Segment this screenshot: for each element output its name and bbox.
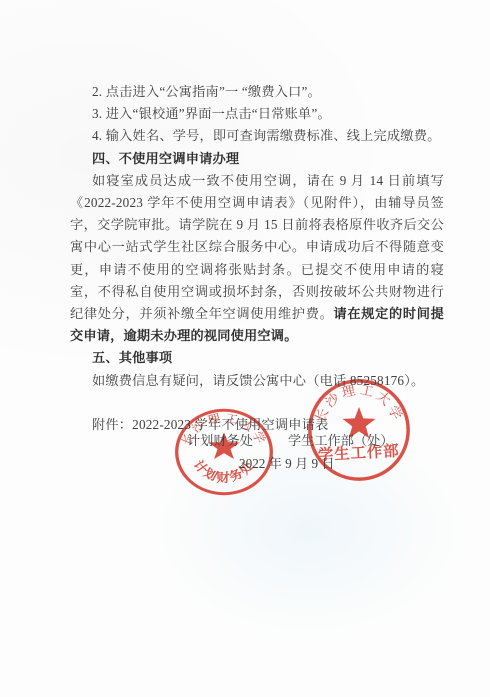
step-item-2: 2. 点击进入“公寓指南”一 “缴费入口”。 [70,81,444,103]
section-five-paragraph: 如缴费信息有疑问，请反馈公寓中心（电话 85258176）。 [70,370,444,392]
step-item-4: 4. 输入姓名、学号，即可查询需缴费标准、线上完成缴费。 [70,125,444,147]
section-four-text: 如寝室成员达成一致不使用空调，请在 9 月 14 日前填写《2022-2023 … [70,173,444,321]
document-page: 长沙理工大学 计划财务处 长沙理工大学 学生工作部 2. 点击进入“公寓指南”一… [0,0,490,697]
notice-body: 2. 点击进入“公寓指南”一 “缴费入口”。 3. 进入“银校通”界面一点击“日… [70,81,444,436]
step-item-3: 3. 进入“银校通”界面一点击“日常账单”。 [70,103,444,125]
section-heading-five: 五、其他事项 [70,347,444,369]
signature-left-unit: 计划财务处 [187,433,253,448]
signature-date: 2022 年 9 月 9 日 [239,456,335,471]
signature-right-unit: 学生工作部（处） [288,433,394,448]
section-four-paragraph: 如寝室成员达成一致不使用空调，请在 9 月 14 日前填写《2022-2023 … [70,170,444,348]
section-heading-four: 四、不使用空调申请办理 [70,148,444,170]
